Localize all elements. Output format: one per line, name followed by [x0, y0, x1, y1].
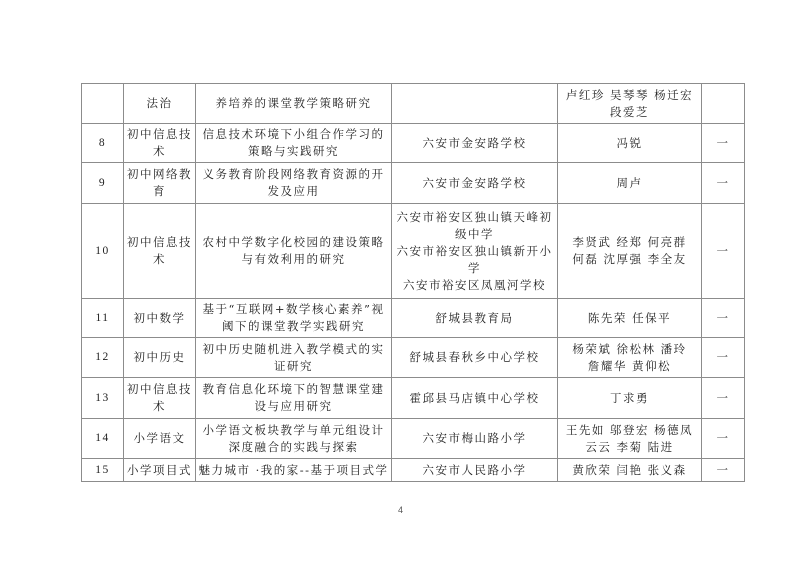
table-row: 13 初中信息技术 教育信息化环境下的智慧课堂建设与应用研究 霍邱县马店镇中心学… — [82, 378, 745, 419]
school-line: 六安市梅山路小学 — [394, 430, 555, 447]
award-level: 一 — [702, 338, 745, 378]
member-line: 陈先荣 任保平 — [560, 310, 699, 327]
member-names: 杨荣斌 徐松林 潘玲詹耀华 黄仰松 — [558, 338, 702, 378]
member-line: 杨荣斌 徐松林 潘玲 — [560, 341, 699, 358]
member-line: 丁求勇 — [560, 390, 699, 407]
member-names: 周卢 — [558, 163, 702, 204]
table-row: 12 初中历史 初中历史随机进入教学模式的实证研究 舒城县春秋乡中心学校 杨荣斌… — [82, 338, 745, 378]
school-name: 六安市金安路学校 — [392, 124, 558, 163]
row-index: 8 — [82, 124, 124, 163]
page-number: 4 — [398, 505, 403, 515]
member-names: 丁求勇 — [558, 378, 702, 419]
table-body: 法治 养培养的课堂教学策略研究 卢红珍 吴琴琴 杨迁宏段爱芝 8 初中信息技术 … — [82, 84, 745, 482]
member-line: 云云 李菊 陆进 — [560, 439, 699, 456]
member-line: 周卢 — [560, 175, 699, 192]
row-index: 12 — [82, 338, 124, 378]
document-page: 法治 养培养的课堂教学策略研究 卢红珍 吴琴琴 杨迁宏段爱芝 8 初中信息技术 … — [0, 0, 800, 565]
school-name: 六安市裕安区独山镇天峰初级中学六安市裕安区独山镇新开小学六安市裕安区凤凰河学校 — [392, 204, 558, 299]
subject-category: 初中信息技术 — [124, 378, 196, 419]
table-row: 11 初中数学 基于“互联网+数学核心素养”视阈下的课堂教学实践研究 舒城县教育… — [82, 299, 745, 338]
member-names: 冯锐 — [558, 124, 702, 163]
school-line: 舒城县教育局 — [394, 310, 555, 327]
subject-category: 法治 — [124, 84, 196, 124]
school-line: 霍邱县马店镇中心学校 — [394, 390, 555, 407]
school-line: 六安市裕安区独山镇天峰初级中学 — [394, 209, 555, 243]
table-row: 9 初中网络教育 义务教育阶段网络教育资源的开发及应用 六安市金安路学校 周卢 … — [82, 163, 745, 204]
school-name — [392, 84, 558, 124]
award-level — [702, 84, 745, 124]
table-row: 14 小学语文 小学语文板块教学与单元组设计深度融合的实践与探索 六安市梅山路小… — [82, 419, 745, 459]
member-line: 何磊 沈厚强 李全友 — [560, 251, 699, 268]
subject-category: 初中信息技术 — [124, 124, 196, 163]
award-level: 一 — [702, 124, 745, 163]
school-name: 六安市金安路学校 — [392, 163, 558, 204]
member-line: 段爱芝 — [560, 104, 699, 121]
row-index: 13 — [82, 378, 124, 419]
row-index: 9 — [82, 163, 124, 204]
school-name: 霍邱县马店镇中心学校 — [392, 378, 558, 419]
school-name: 六安市梅山路小学 — [392, 419, 558, 459]
table-row: 8 初中信息技术 信息技术环境下小组合作学习的策略与实践研究 六安市金安路学校 … — [82, 124, 745, 163]
project-title: 信息技术环境下小组合作学习的策略与实践研究 — [196, 124, 392, 163]
member-names: 黄欣荣 闫艳 张义森 — [558, 459, 702, 482]
school-line: 六安市人民路小学 — [394, 462, 555, 479]
table-row: 15 小学项目式 魅力城市 ·我的家--基于项目式学 六安市人民路小学 黄欣荣 … — [82, 459, 745, 482]
member-line: 卢红珍 吴琴琴 杨迁宏 — [560, 87, 699, 104]
member-line: 王先如 邬登宏 杨德凤 — [560, 422, 699, 439]
subject-category: 初中数学 — [124, 299, 196, 338]
table-row: 10 初中信息技术 农村中学数字化校园的建设策略与有效利用的研究 六安市裕安区独… — [82, 204, 745, 299]
member-line: 冯锐 — [560, 135, 699, 152]
school-line: 舒城县春秋乡中心学校 — [394, 349, 555, 366]
member-line: 李贤武 经郑 何亮群 — [560, 234, 699, 251]
school-name: 舒城县教育局 — [392, 299, 558, 338]
member-line: 黄欣荣 闫艳 张义森 — [560, 462, 699, 479]
school-name: 舒城县春秋乡中心学校 — [392, 338, 558, 378]
member-names: 陈先荣 任保平 — [558, 299, 702, 338]
subject-category: 初中网络教育 — [124, 163, 196, 204]
school-name: 六安市人民路小学 — [392, 459, 558, 482]
award-level: 一 — [702, 163, 745, 204]
subject-category: 小学语文 — [124, 419, 196, 459]
member-line: 詹耀华 黄仰松 — [560, 358, 699, 375]
school-line: 六安市金安路学校 — [394, 175, 555, 192]
award-level: 一 — [702, 204, 745, 299]
subject-category: 初中信息技术 — [124, 204, 196, 299]
project-title: 义务教育阶段网络教育资源的开发及应用 — [196, 163, 392, 204]
award-level: 一 — [702, 299, 745, 338]
school-line: 六安市金安路学校 — [394, 135, 555, 152]
table-row: 法治 养培养的课堂教学策略研究 卢红珍 吴琴琴 杨迁宏段爱芝 — [82, 84, 745, 124]
row-index: 11 — [82, 299, 124, 338]
row-index: 15 — [82, 459, 124, 482]
member-names: 卢红珍 吴琴琴 杨迁宏段爱芝 — [558, 84, 702, 124]
school-line: 六安市裕安区凤凰河学校 — [394, 277, 555, 294]
award-level: 一 — [702, 419, 745, 459]
row-index — [82, 84, 124, 124]
project-title: 基于“互联网+数学核心素养”视阈下的课堂教学实践研究 — [196, 299, 392, 338]
project-title: 初中历史随机进入教学模式的实证研究 — [196, 338, 392, 378]
project-title: 养培养的课堂教学策略研究 — [196, 84, 392, 124]
project-title: 农村中学数字化校园的建设策略与有效利用的研究 — [196, 204, 392, 299]
member-names: 李贤武 经郑 何亮群何磊 沈厚强 李全友 — [558, 204, 702, 299]
award-level: 一 — [702, 378, 745, 419]
school-line: 六安市裕安区独山镇新开小学 — [394, 243, 555, 277]
row-index: 10 — [82, 204, 124, 299]
project-title: 魅力城市 ·我的家--基于项目式学 — [196, 459, 392, 482]
project-table: 法治 养培养的课堂教学策略研究 卢红珍 吴琴琴 杨迁宏段爱芝 8 初中信息技术 … — [81, 83, 745, 482]
project-title: 教育信息化环境下的智慧课堂建设与应用研究 — [196, 378, 392, 419]
member-names: 王先如 邬登宏 杨德凤云云 李菊 陆进 — [558, 419, 702, 459]
award-level: 一 — [702, 459, 745, 482]
project-title: 小学语文板块教学与单元组设计深度融合的实践与探索 — [196, 419, 392, 459]
row-index: 14 — [82, 419, 124, 459]
subject-category: 小学项目式 — [124, 459, 196, 482]
subject-category: 初中历史 — [124, 338, 196, 378]
